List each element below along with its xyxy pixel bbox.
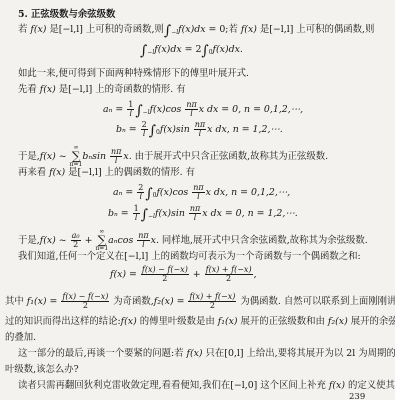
- formula-odd-an: aₙ = 1l∫−lf(x)cos nπlx dx = 0, n = 0,1,2…: [103, 101, 303, 119]
- paragraph-sine-series: 于是,f(x) ~ ∞∑n=1bₙsin nπlx. 由于展开式中只含正弦函数,…: [18, 145, 328, 168]
- paragraph-dirichlet: 读者只需再翻回狄利克雷收敛定理,看看便知,我们在[−l,0] 这个区间上补充 f…: [18, 380, 395, 392]
- paragraph-superposition: 的叠加.: [5, 332, 36, 344]
- paragraph-odd-case: 先看 f(x) 是[−l,l] 上的奇函数的情形. 有: [18, 84, 186, 96]
- paragraph-cosine-series: 于是,f(x) ~ a₀2 + ∞∑n=1aₙcos nπlx. 同样地,展开式…: [18, 229, 368, 252]
- paragraph-odd-even-integral: 若 f(x) 是[−l,l] 上可积的奇函数,则∫−lf(x)dx = 0;若 …: [18, 24, 374, 39]
- formula-even-bn: bₙ = 1l∫−lf(x)sin nπlx dx = 0, n = 1,2,⋯…: [108, 205, 298, 223]
- paragraph-intro: 如此一来,便可得到下面两种特殊情形下的傅里叶展开式.: [18, 68, 249, 80]
- formula-even-an: aₙ = 2l∫0f(x)cos nπlx dx, n = 0,1,2,⋯,: [113, 184, 290, 202]
- formula-decomposition: f(x) = f(x) − f(−x)2 + f(x) + f(−x)2,: [110, 266, 257, 283]
- formula-odd-bn: bₙ = 2l∫0f(x)sin nπlx dx, n = 1,2,⋯.: [116, 121, 283, 139]
- paragraph-decomposition: 我们知道,任何一个定义在[−l,l] 上的函数均可表示为一个奇函数与一个偶函数之…: [18, 251, 361, 263]
- page-number: 239: [349, 392, 365, 400]
- paragraph-f1-f2: 其中 f₁(x) = f(x) − f(−x)2 为奇函数,f₂(x) = f(…: [5, 293, 395, 310]
- formula-even-integral: ∫−lf(x)dx = 2∫0f(x)dx.: [140, 44, 243, 59]
- section-title: 5. 正弦级数与余弦级数: [18, 9, 115, 21]
- paragraph-question: 叶级数,该怎么办?: [5, 364, 79, 376]
- paragraph-conclusion: 过的知识而得出这样的结论:f(x) 的傅里叶级数是由 f₁(x) 展开的正弦级数…: [5, 316, 395, 328]
- paragraph-half-range: 这一部分的最后,再谈一个要紧的问题:若 f(x) 只在[0,l] 上给出,要将其…: [18, 348, 395, 360]
- paragraph-even-case: 再来看 f(x) 是[−l,l] 上的偶函数的情形. 有: [18, 167, 195, 179]
